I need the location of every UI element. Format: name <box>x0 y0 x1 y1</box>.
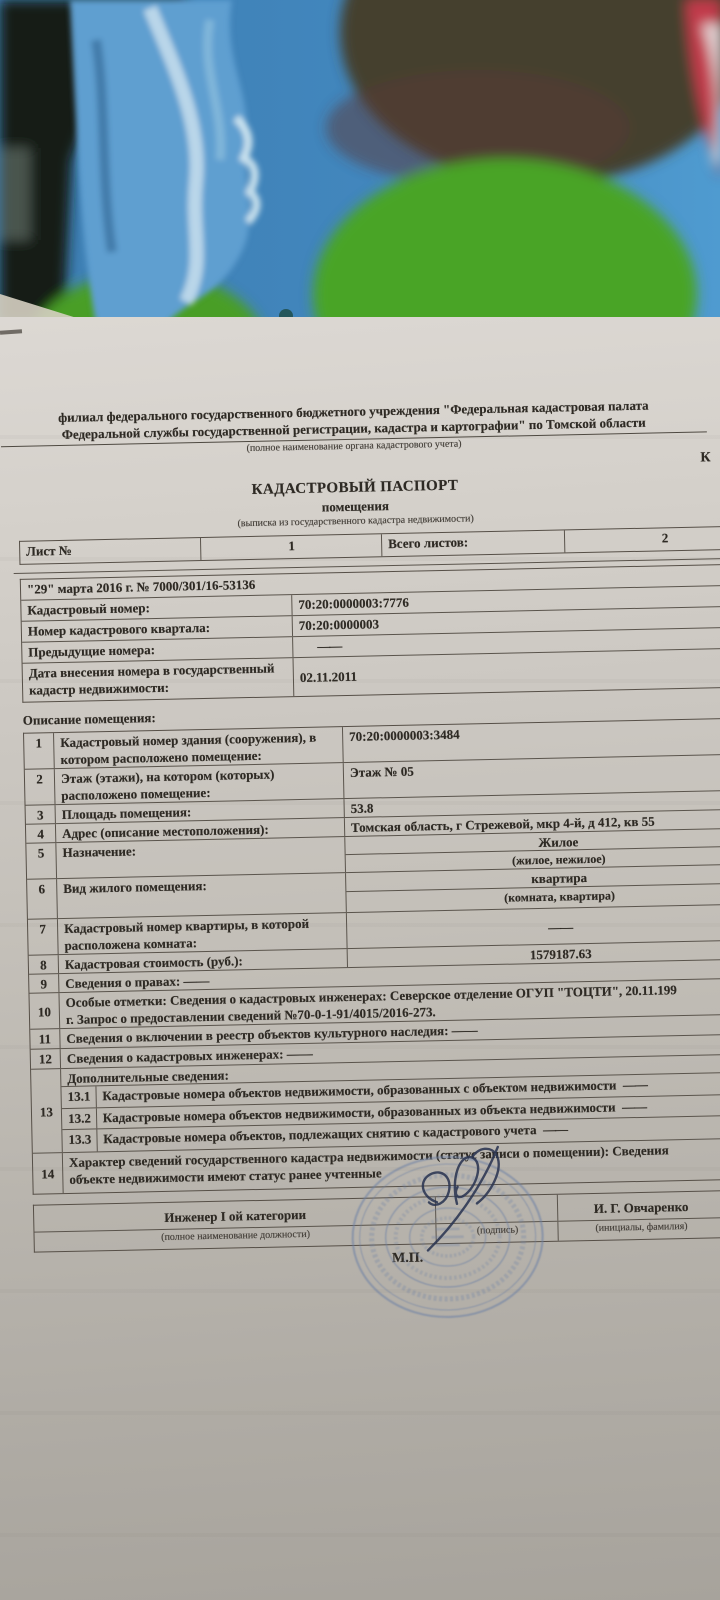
sub-row-num: 13.1 <box>61 1086 96 1107</box>
row-num: 11 <box>30 1029 60 1049</box>
row-num: 13 <box>31 1069 63 1153</box>
entry-date-label: Дата внесения номера в государственный к… <box>23 658 295 702</box>
form-code-fragment: К <box>700 449 711 466</box>
sub-row-num: 13.3 <box>62 1130 97 1152</box>
row-num: 8 <box>29 955 59 974</box>
row-num: 7 <box>28 919 59 955</box>
sheet-label: Лист № <box>20 538 201 564</box>
document-paper: филиал федерального государственного бюд… <box>0 317 720 1600</box>
background-photo <box>0 0 720 324</box>
sub-row-num: 13.2 <box>62 1108 97 1129</box>
building-number-label: Кадастровый номер здания (сооружения), в… <box>54 727 344 768</box>
row-num: 10 <box>29 993 60 1029</box>
row-num: 6 <box>27 879 58 919</box>
paper-edge-mark <box>0 329 22 335</box>
row-num: 14 <box>33 1153 64 1194</box>
total-sheets-value: 2 <box>565 526 720 552</box>
floor-label: Этаж (этажи), на котором (которых) распо… <box>55 763 345 804</box>
row-num: 5 <box>26 843 57 879</box>
total-sheets-label: Всего листов: <box>382 530 565 556</box>
row-num: 12 <box>31 1049 61 1069</box>
dwelling-type-label: Вид жилого помещения: <box>57 873 347 918</box>
purpose-label: Назначение: <box>56 837 346 878</box>
row-num: 3 <box>26 805 56 824</box>
row-num: 4 <box>26 824 56 843</box>
row-num: 1 <box>24 733 55 769</box>
document-content: филиал федерального государственного бюд… <box>0 382 720 1253</box>
row-num: 9 <box>29 974 59 993</box>
name-caption: (инициалы, фамилия) <box>558 1217 720 1241</box>
row-num: 2 <box>25 769 56 805</box>
meta-table: "29" марта 2016 г. № 7000/301/16-53136 К… <box>20 563 720 703</box>
signature-scribble <box>406 1142 548 1260</box>
org-header: филиал федерального государственного бюд… <box>0 383 707 460</box>
description-table: 1 Кадастровый номер здания (сооружения),… <box>23 717 720 1195</box>
flat-number-label: Кадастровый номер квартиры, в которой ра… <box>58 913 348 954</box>
photographed-document: филиал федерального государственного бюд… <box>0 0 720 1600</box>
signer-name: И. Г. Овчаренко <box>558 1190 720 1221</box>
sheet-number: 1 <box>201 534 382 560</box>
